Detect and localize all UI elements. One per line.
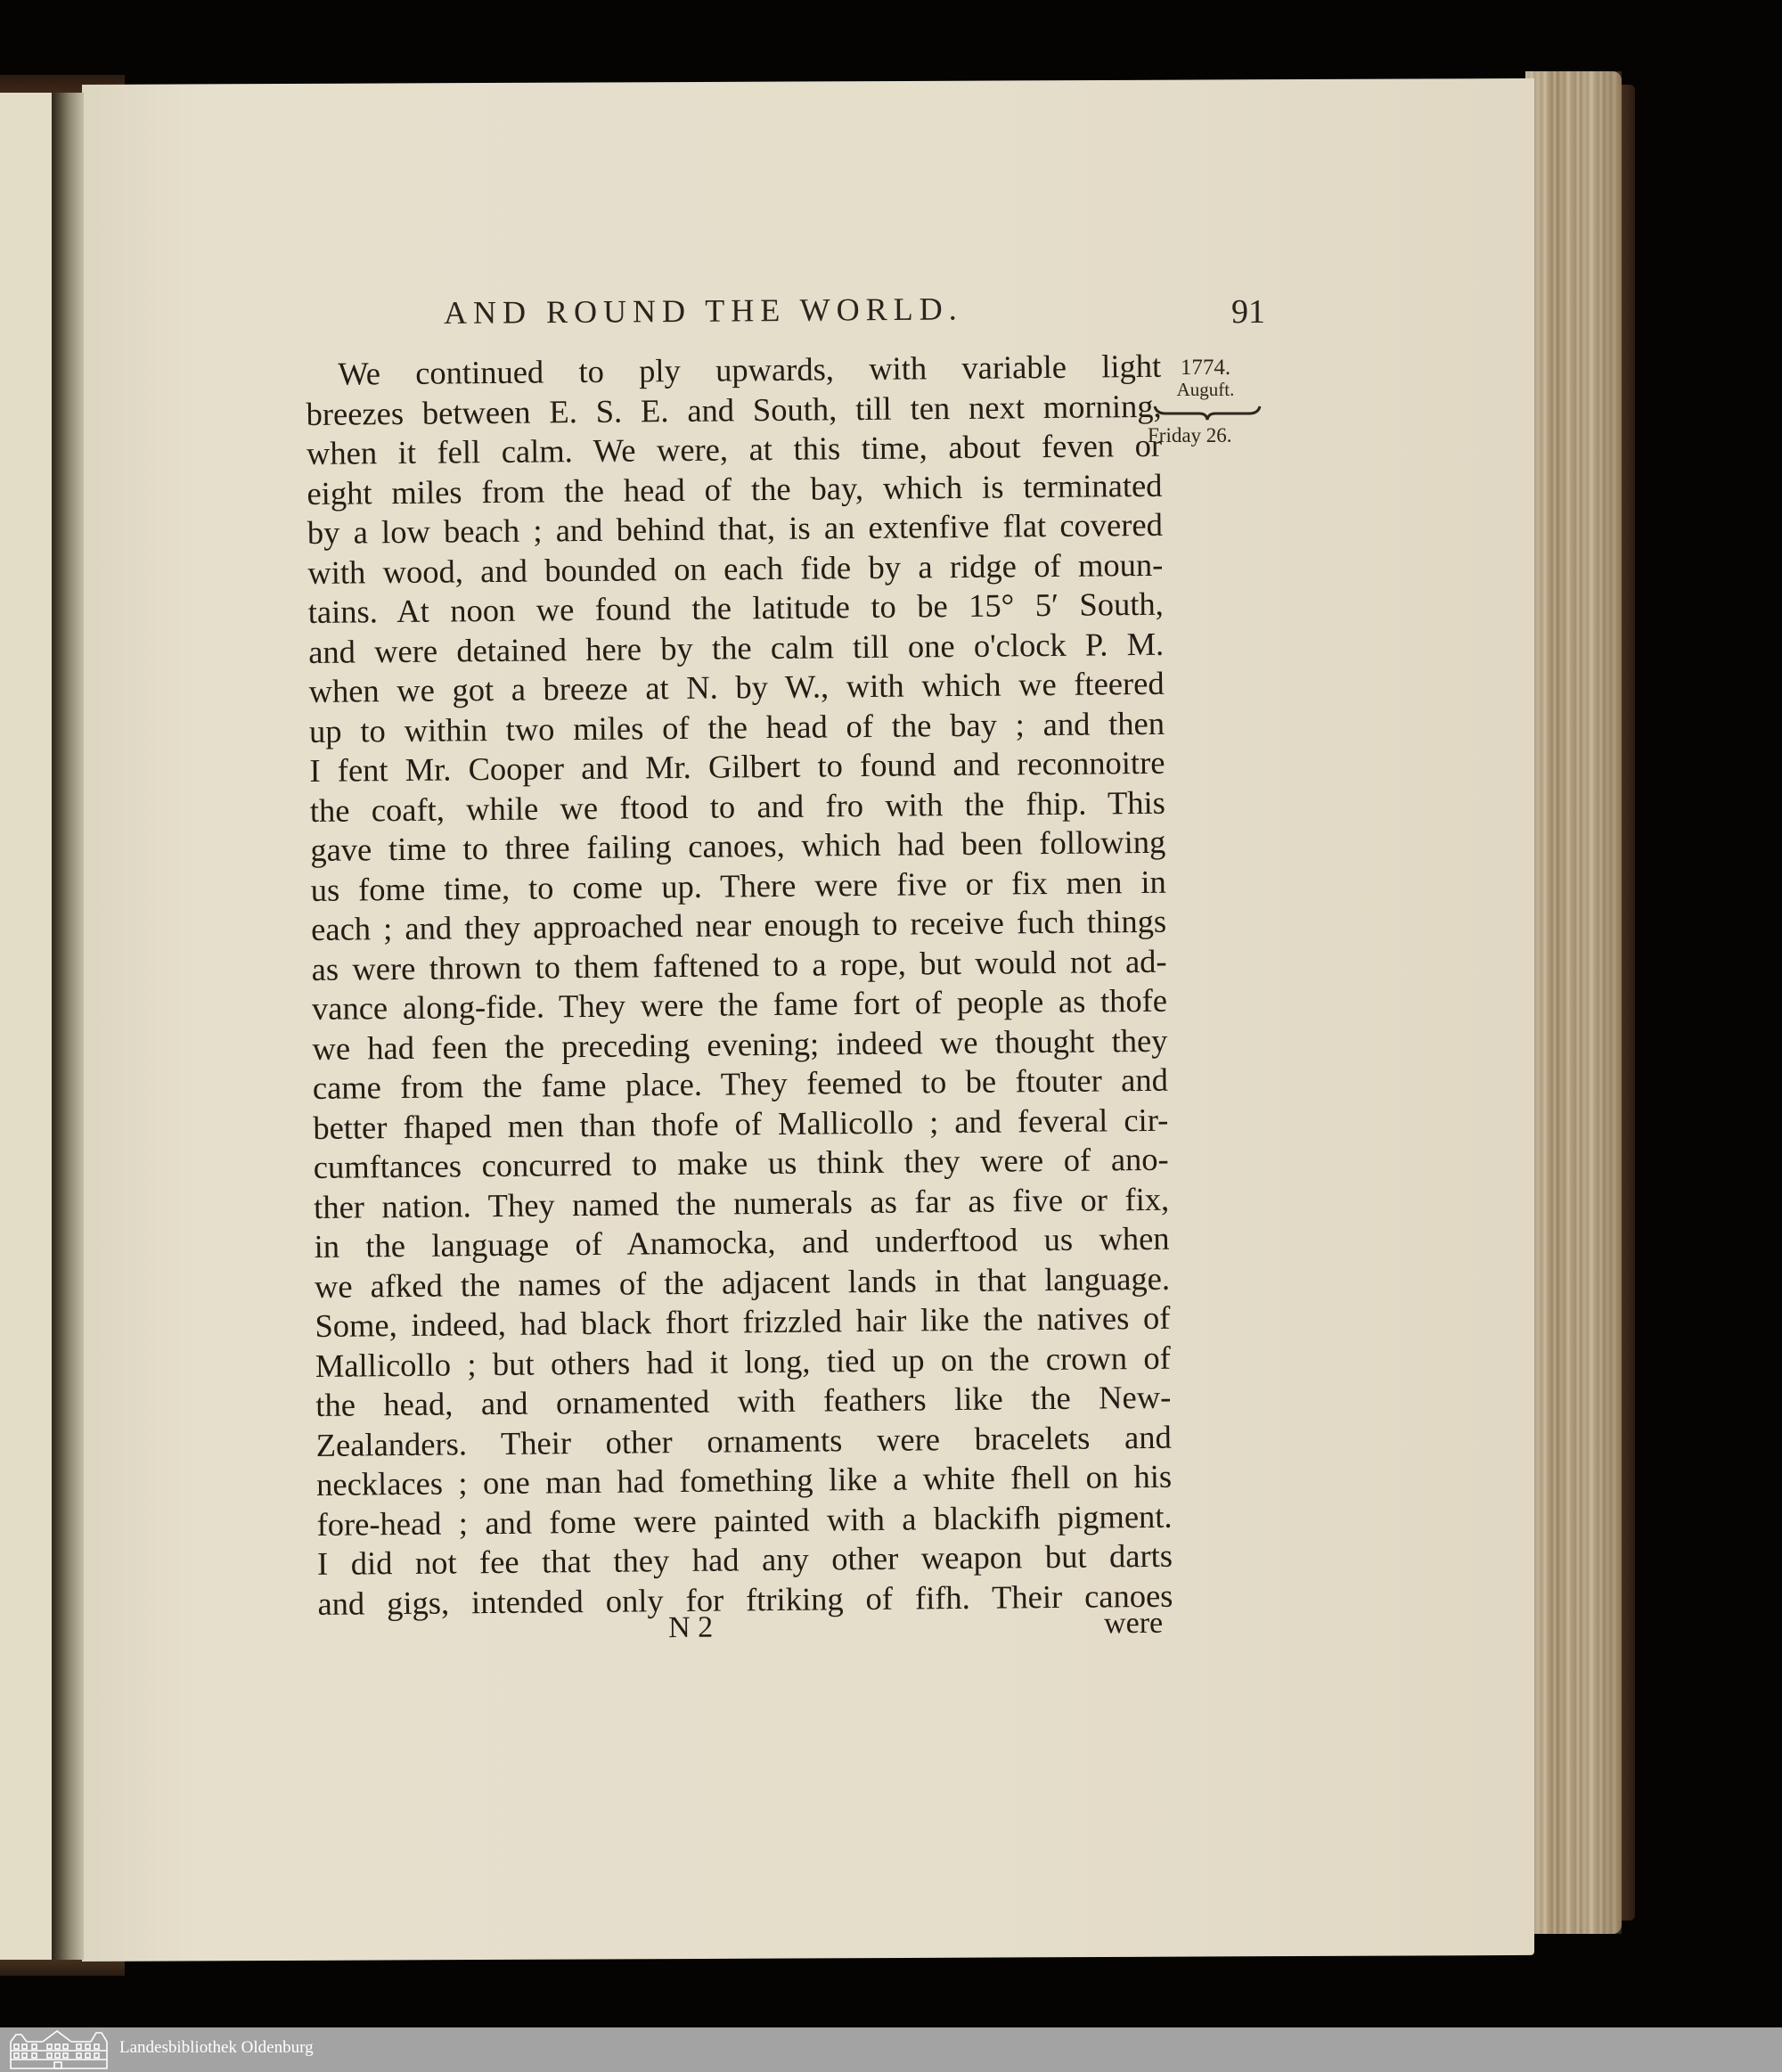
margin-note-year: 1774. [1148,356,1263,380]
catchword: were [1104,1607,1163,1642]
signature-mark: N 2 [668,1611,713,1645]
page-number: 91 [1231,292,1265,332]
page-edges-stack [1525,71,1622,1934]
margin-note: 1774. Auguft. Friday 26. [1148,356,1263,447]
institution-name: Landesbibliothek Oldenburg [119,2038,314,2058]
body-text: We continued to ply upwards, with variab… [306,347,1173,1624]
curly-brace-icon [1153,405,1262,422]
footer-bar: Landesbibliothek Oldenburg [0,2027,1782,2072]
left-page-sliver [0,93,55,1960]
book-gutter [52,93,84,1960]
library-building-icon [7,2029,110,2070]
book-scan: AND ROUND THE WORLD. 91 1774. Auguft. Fr… [0,0,1782,2027]
margin-note-month: Auguft. [1148,380,1263,399]
margin-note-day: Friday 26. [1148,424,1263,447]
running-head: AND ROUND THE WORLD. [444,290,963,332]
page-footer-line: N 2 were [307,1607,1163,1654]
